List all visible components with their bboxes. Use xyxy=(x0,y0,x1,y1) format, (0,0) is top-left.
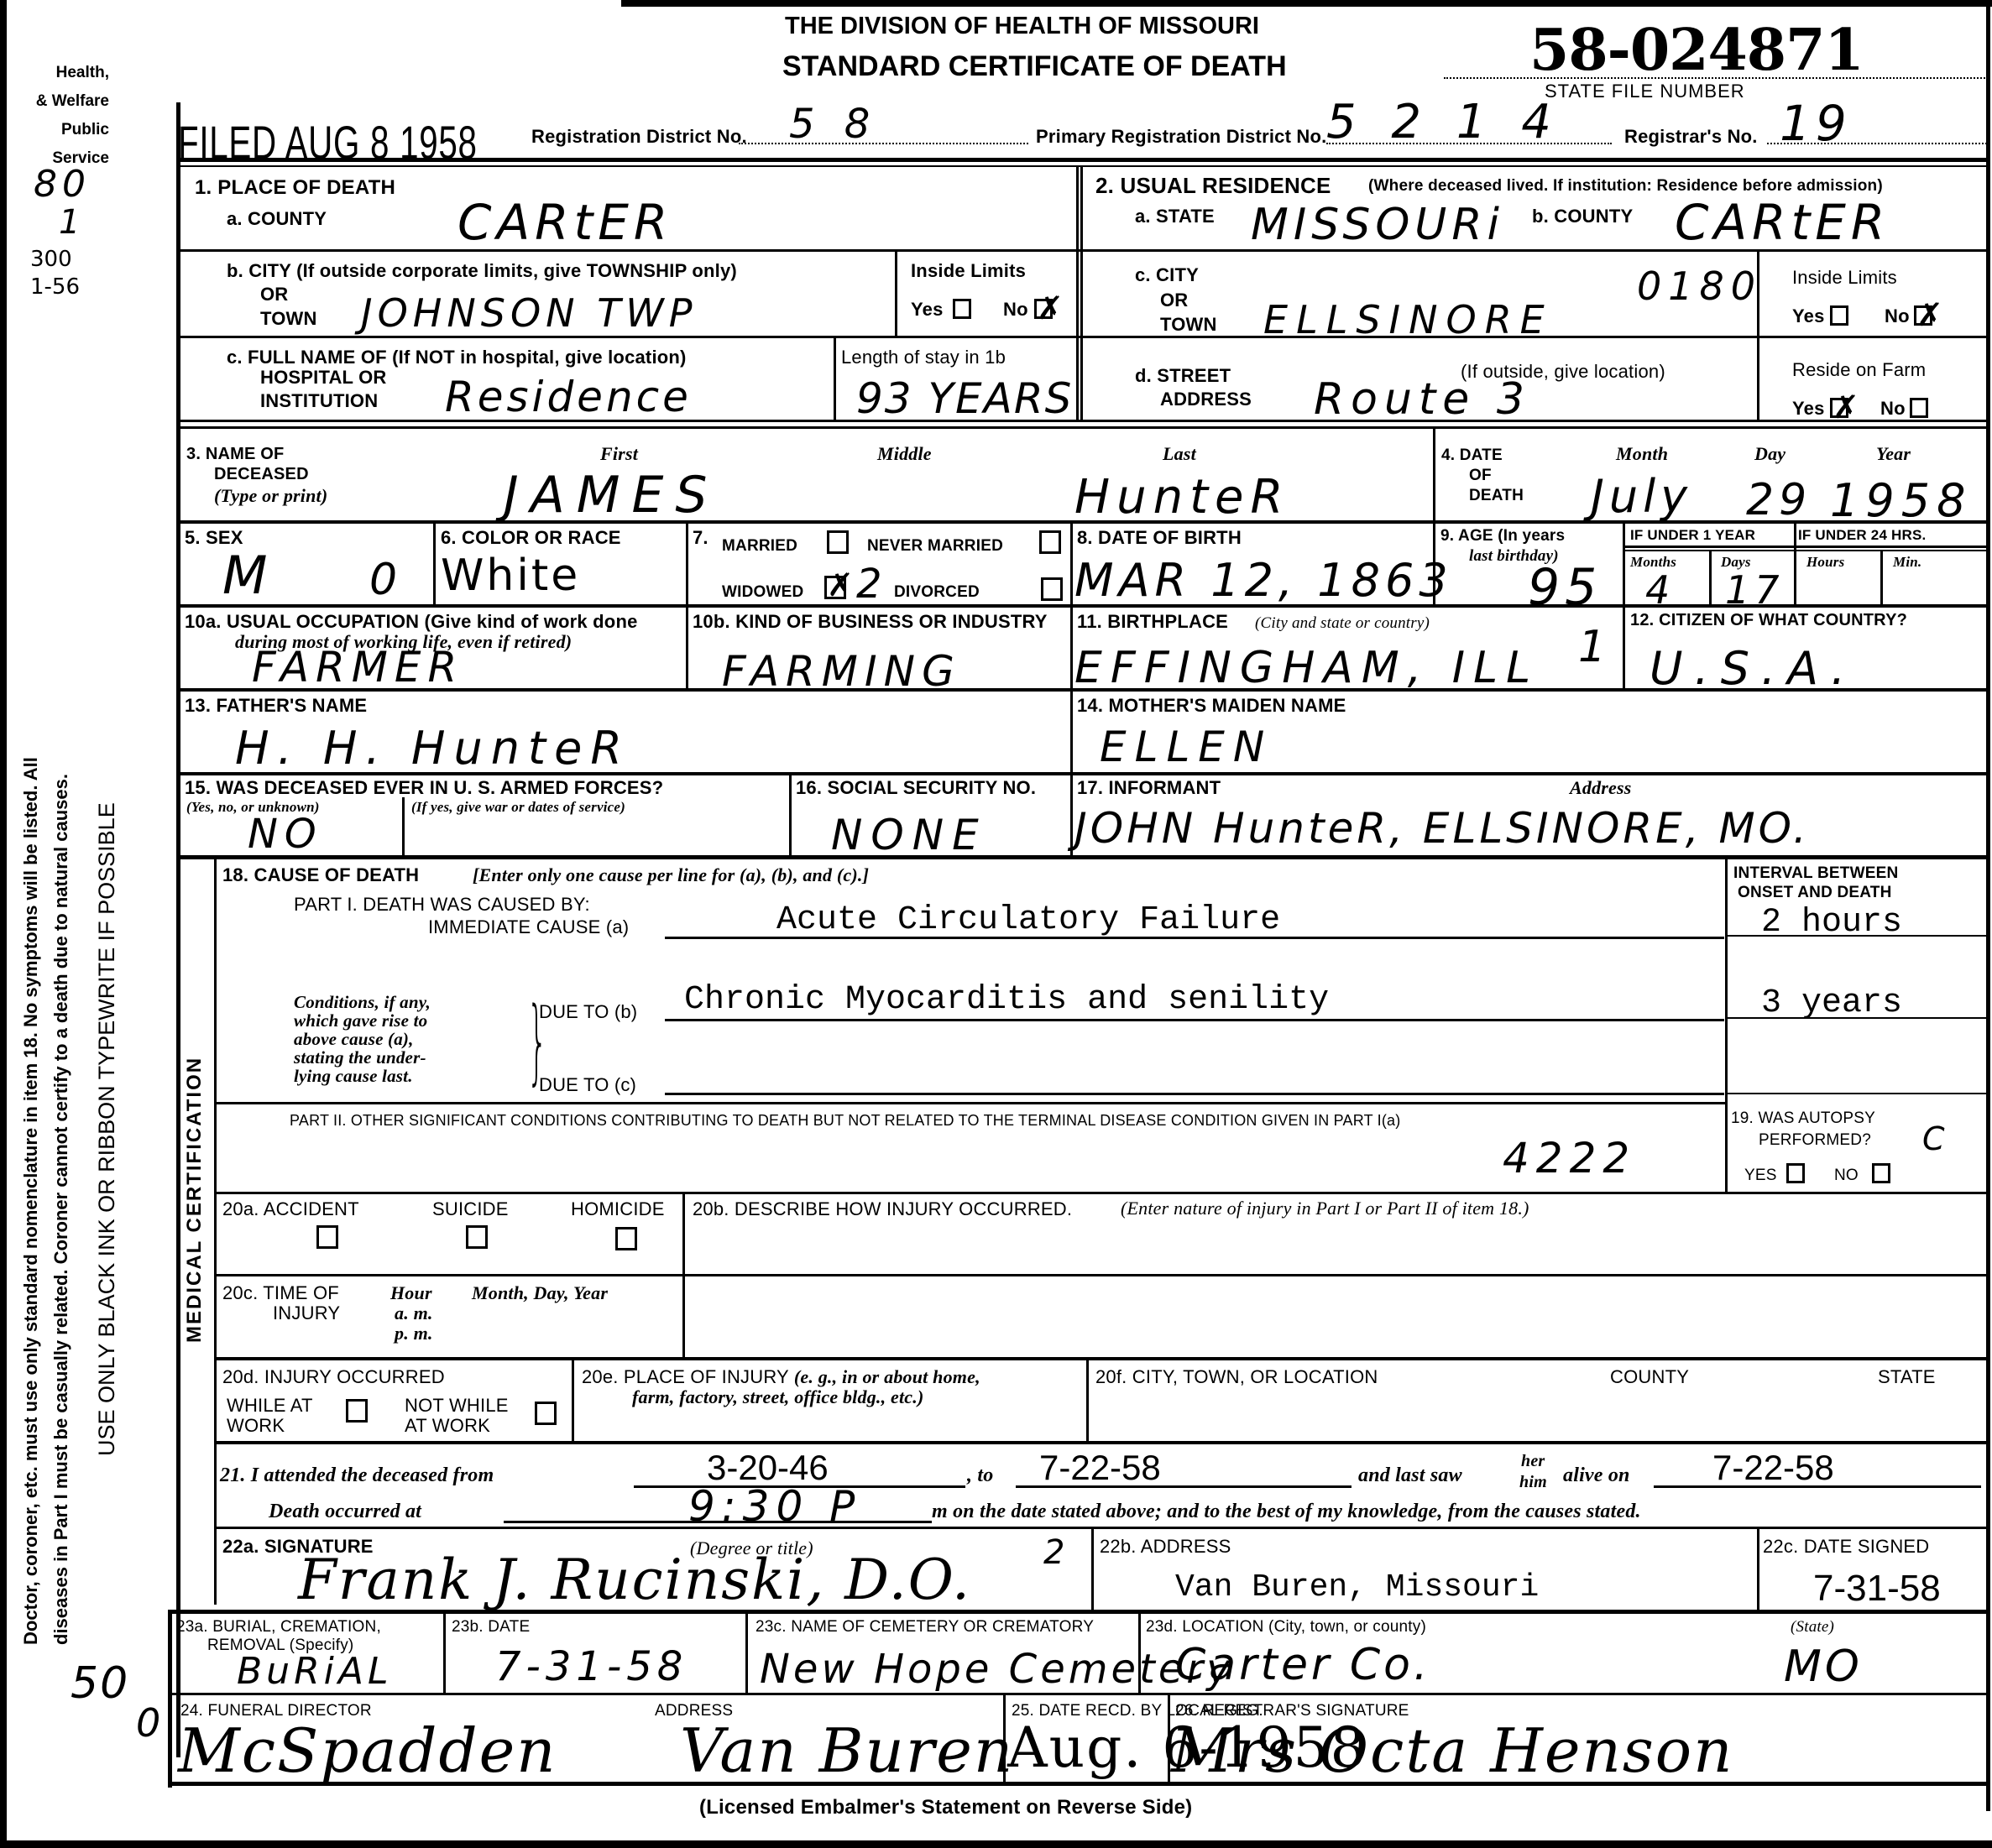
residence-city-code: 0180 xyxy=(1637,267,1762,305)
injury-location-label: 20f. CITY, TOWN, OR LOCATION xyxy=(1095,1366,1378,1387)
race-label: 6. COLOR OR RACE xyxy=(441,527,621,548)
conditions-note-line: above cause (a), xyxy=(294,1030,431,1048)
state-file-number-label: STATE FILE NUMBER xyxy=(1545,81,1745,102)
industry-value[interactable]: FARMING xyxy=(722,650,961,692)
registration-district-dotline xyxy=(739,143,1028,144)
am-label: a. m. xyxy=(395,1302,433,1323)
hour-label: Hour xyxy=(390,1282,432,1303)
hospital-label-3: INSTITUTION xyxy=(260,390,378,411)
death-day-label: Day xyxy=(1754,443,1785,464)
margin-line: Health, xyxy=(0,59,109,87)
date-signed-label: 22c. DATE SIGNED xyxy=(1763,1536,1929,1557)
place-of-injury-note-2: farm, factory, street, office bldg., etc… xyxy=(632,1386,923,1407)
age-label: 9. AGE (In years xyxy=(1440,527,1565,546)
conditions-note-line: lying cause last. xyxy=(294,1067,431,1085)
farm-yes-label: Yes xyxy=(1792,398,1825,419)
death-occurred-suffix: m on the date stated above; and to the b… xyxy=(932,1501,1641,1524)
widowed-checkbox[interactable] xyxy=(824,576,846,599)
mother-name-value[interactable]: ELLEN xyxy=(1100,726,1273,768)
reside-on-farm-label: Reside on Farm xyxy=(1792,359,1926,380)
street-value[interactable]: Route 3 xyxy=(1314,378,1531,421)
minutes-label: Min. xyxy=(1893,554,1921,571)
death-year-label: Year xyxy=(1876,443,1911,464)
interval-label-2: ONSET AND DEATH xyxy=(1738,884,1892,902)
last-name-label: Last xyxy=(1163,443,1196,464)
inside-limits-yes-checkbox[interactable] xyxy=(953,299,971,319)
state-file-number: 58-024871 xyxy=(1529,17,1864,84)
suicide-checkbox[interactable] xyxy=(466,1225,488,1249)
while-at-work-checkbox[interactable] xyxy=(346,1399,368,1423)
not-while-at-work-label: NOT WHILE xyxy=(405,1395,509,1416)
occupation-value[interactable]: FARMER xyxy=(252,646,463,688)
physician-signature[interactable]: Frank J. Rucinski, D.O. xyxy=(298,1553,971,1608)
race-value[interactable]: White xyxy=(441,554,580,598)
date-of-death-label-3: DEATH xyxy=(1469,487,1524,505)
residence-state-value[interactable]: MISSOURi xyxy=(1251,203,1504,247)
residence-city-or: OR xyxy=(1160,290,1188,311)
first-name-label: First xyxy=(600,443,638,464)
not-while-at-work-label-2: AT WORK xyxy=(405,1415,490,1436)
agency-title: THE DIVISION OF HEALTH OF MISSOURI xyxy=(785,13,1259,40)
date-of-birth-label: 8. DATE OF BIRTH xyxy=(1077,527,1242,548)
birthplace-note: (City and state or country) xyxy=(1255,614,1430,633)
form-number: 300 xyxy=(30,247,72,272)
citizen-value[interactable]: U.S.A. xyxy=(1650,646,1857,692)
time-of-injury-label-2: INJURY xyxy=(273,1302,340,1323)
injury-county-label: COUNTY xyxy=(1610,1366,1689,1387)
ssn-label: 16. SOCIAL SECURITY NO. xyxy=(796,777,1036,798)
inside-limits-no-checkbox[interactable] xyxy=(1034,299,1053,319)
conditions-note-line: Conditions, if any, xyxy=(294,993,431,1011)
attended-label: 21. I attended the deceased from xyxy=(220,1464,494,1488)
last-name-value[interactable]: HunteR xyxy=(1074,474,1289,521)
margin-handwritten-0: 0 xyxy=(136,1704,165,1742)
never-married-label: NEVER MARRIED xyxy=(867,537,1003,556)
injury-description-label: 20b. DESCRIBE HOW INJURY OCCURRED. xyxy=(693,1198,1072,1219)
residence-inside-no-checkbox[interactable] xyxy=(1914,305,1932,326)
registrar-number-value: 19 xyxy=(1780,99,1852,148)
city-town-label: TOWN xyxy=(260,308,317,329)
injury-state-label: STATE xyxy=(1878,1366,1936,1387)
burial-date-value[interactable]: 7-31-58 xyxy=(495,1647,688,1687)
cemetery-location-label: 23d. LOCATION (City, town, or county) xyxy=(1146,1618,1426,1637)
armed-forces-value[interactable]: NO xyxy=(248,814,323,854)
informant-value[interactable]: JOHN HunteR, ELLSINORE, MO. xyxy=(1074,807,1810,849)
injury-description-note: (Enter nature of injury in Part I or Par… xyxy=(1121,1198,1529,1219)
autopsy-code: C xyxy=(1922,1123,1950,1155)
pm-label: p. m. xyxy=(395,1323,433,1344)
autopsy-yes-label: YES xyxy=(1744,1167,1777,1185)
suicide-label: SUICIDE xyxy=(432,1198,509,1219)
divorced-label: DIVORCED xyxy=(894,583,980,602)
due-to-c-line xyxy=(665,1093,1724,1095)
length-of-stay-value[interactable]: 93 YEARS xyxy=(856,378,1073,420)
while-at-work-label-2: WORK xyxy=(227,1415,285,1436)
instruction-line-2: diseases in Part I must be casually rela… xyxy=(50,774,72,1645)
interval-b-value[interactable]: 3 years xyxy=(1761,987,1902,1021)
residence-inside-limits-label: Inside Limits xyxy=(1792,267,1897,288)
date-signed-value[interactable]: 7-31-58 xyxy=(1813,1568,1941,1610)
last-saw-label: and last saw xyxy=(1358,1464,1462,1488)
residence-inside-yes-label: Yes xyxy=(1792,305,1825,326)
margin-handwritten-80: 80 xyxy=(34,166,91,203)
sex-value[interactable]: M xyxy=(222,550,273,602)
immediate-cause-value[interactable]: Acute Circulatory Failure xyxy=(776,904,1280,937)
not-while-at-work-checkbox[interactable] xyxy=(535,1402,557,1425)
due-to-b-value[interactable]: Chronic Myocarditis and senility xyxy=(684,984,1329,1017)
name-label-3: (Type or print) xyxy=(214,485,327,506)
while-at-work-label: WHILE AT xyxy=(227,1395,313,1416)
instruction-line-3: USE ONLY BLACK INK OR RIBBON TYPEWRITE I… xyxy=(94,802,120,1456)
armed-forces-label: 15. WAS DECEASED EVER IN U. S. ARMED FOR… xyxy=(185,777,663,798)
autopsy-label-2: PERFORMED? xyxy=(1759,1131,1871,1150)
usual-residence-note: (Where deceased lived. If institution: R… xyxy=(1368,178,1977,195)
married-checkbox[interactable] xyxy=(827,530,849,554)
him-label: him xyxy=(1519,1473,1547,1492)
disposition-value[interactable]: BuRiAL xyxy=(237,1653,392,1690)
cause-of-death-note: [Enter only one cause per line for (a), … xyxy=(473,864,869,885)
margin-handwritten-1: 1 xyxy=(59,206,85,239)
city-value[interactable]: JOHNSON TWP xyxy=(361,294,698,332)
physician-address-label: 22b. ADDRESS xyxy=(1100,1536,1231,1557)
autopsy-yes-checkbox[interactable] xyxy=(1786,1163,1805,1183)
never-married-checkbox[interactable] xyxy=(1039,530,1061,554)
funeral-director-value[interactable]: McSpadden xyxy=(178,1720,557,1781)
attended-to-label: , to xyxy=(967,1464,993,1488)
industry-label: 10b. KIND OF BUSINESS OR INDUSTRY xyxy=(693,611,1048,632)
widowed-label: WIDOWED xyxy=(722,583,803,602)
date-of-death-label: 4. DATE xyxy=(1441,446,1503,465)
injury-description-field[interactable] xyxy=(688,1225,1981,1267)
homicide-label: HOMICIDE xyxy=(571,1198,665,1219)
due-to-b-line xyxy=(665,1019,1724,1021)
due-to-b-label: DUE TO (b) xyxy=(539,1001,637,1022)
medical-certification-side-label: MEDICAL CERTIFICATION xyxy=(183,1057,207,1343)
registration-district-value: 5 8 xyxy=(789,104,878,144)
place-of-injury-label: 20e. PLACE OF INJURY (e. g., in or about… xyxy=(582,1366,980,1387)
city-label: b. CITY (If outside corporate limits, gi… xyxy=(227,260,737,281)
file-number-dotline xyxy=(1444,77,1985,79)
residence-city-town: TOWN xyxy=(1160,314,1217,335)
cemetery-state-value[interactable]: MO xyxy=(1784,1645,1863,1689)
burial-date-label: 23b. DATE xyxy=(452,1618,530,1637)
injury-occurred-label: 20d. INJURY OCCURRED xyxy=(222,1366,445,1387)
hospital-label-2: HOSPITAL OR xyxy=(260,367,387,388)
marital-code: 2 xyxy=(856,564,887,604)
death-year-value[interactable]: 1958 xyxy=(1830,478,1972,524)
cemetery-value[interactable]: New Hope Cemetery xyxy=(760,1649,1234,1689)
hospital-label: c. FULL NAME OF (If NOT in hospital, giv… xyxy=(227,347,687,368)
embalmer-footer: (Licensed Embalmer's Statement on Revers… xyxy=(699,1796,1192,1819)
left-scan-edge xyxy=(0,0,7,1848)
form-title: STANDARD CERTIFICATE OF DEATH xyxy=(782,50,1287,83)
birthplace-value[interactable]: EFFINGHAM, ILL xyxy=(1074,646,1539,690)
name-label-2: DECEASED xyxy=(214,465,309,484)
conditions-note-line: which gave rise to xyxy=(294,1011,431,1030)
occupation-label-text: 10a. USUAL OCCUPATION (Give kind of work… xyxy=(185,611,638,632)
city-or-label: OR xyxy=(260,284,288,305)
physician-address-value[interactable]: Van Buren, Missouri xyxy=(1175,1572,1539,1604)
cause-of-death-label: 18. CAUSE OF DEATH xyxy=(222,864,419,885)
days-value[interactable]: 17 xyxy=(1725,571,1785,609)
autopsy-no-label: NO xyxy=(1834,1167,1859,1185)
county-label: a. COUNTY xyxy=(227,208,327,229)
residence-city-label: c. CITY xyxy=(1135,264,1199,285)
street-label: d. STREET xyxy=(1135,365,1231,386)
name-label: 3. NAME OF xyxy=(186,445,284,464)
married-label: MARRIED xyxy=(722,537,797,556)
death-occurred-label: Death occurred at xyxy=(269,1501,421,1524)
hours-label: Hours xyxy=(1806,554,1844,571)
death-time-value[interactable]: 9:30 P xyxy=(688,1485,861,1527)
cemetery-label: 23c. NAME OF CEMETERY OR CREMATORY xyxy=(755,1618,1094,1637)
middle-name-label: Middle xyxy=(877,443,932,464)
autopsy-label: 19. WAS AUTOPSY xyxy=(1731,1109,1875,1128)
informant-address-label: Address xyxy=(1570,777,1632,798)
street-label-2: ADDRESS xyxy=(1160,389,1252,410)
father-name-label: 13. FATHER'S NAME xyxy=(185,695,367,716)
marital-label: 7. xyxy=(693,527,708,548)
last-saw-value[interactable]: 7-22-58 xyxy=(1712,1448,1834,1488)
farm-yes-checkbox[interactable] xyxy=(1830,398,1848,418)
funeral-address-value[interactable]: Van Buren xyxy=(680,1720,1014,1781)
accident-label: 20a. ACCIDENT xyxy=(222,1198,359,1219)
length-of-stay-label: Length of stay in 1b xyxy=(841,347,1006,368)
part2-code: 4222 xyxy=(1503,1137,1636,1179)
farm-no-checkbox[interactable] xyxy=(1910,398,1928,418)
primary-district-label: Primary Registration District No. xyxy=(1036,126,1326,147)
conditions-note: Conditions, if any, which gave rise to a… xyxy=(294,993,431,1085)
place-of-death-label: 1. PLACE OF DEATH xyxy=(195,176,395,200)
instruction-line-1: Doctor, coroner, etc. must use only stan… xyxy=(20,757,42,1645)
residence-inside-no-label: No xyxy=(1885,305,1910,326)
interval-a-value[interactable]: 2 hours xyxy=(1761,906,1902,940)
margin-handwritten-50: 50 xyxy=(71,1662,129,1705)
mother-name-label: 14. MOTHER'S MAIDEN NAME xyxy=(1077,695,1346,716)
autopsy-no-checkbox[interactable] xyxy=(1872,1163,1890,1183)
registration-district-label: Registration District No. xyxy=(531,126,747,147)
occupation-label: 10a. USUAL OCCUPATION (Give kind of work… xyxy=(185,611,638,632)
informant-label: 17. INFORMANT xyxy=(1077,777,1221,798)
part1-label: PART I. DEATH WAS CAUSED BY: xyxy=(294,894,590,915)
margin-line: Public xyxy=(0,116,109,144)
sex-code: 0 xyxy=(369,558,402,602)
place-of-injury-note: (e. g., in or about home, xyxy=(794,1366,980,1387)
months-value[interactable]: 4 xyxy=(1645,571,1675,609)
date-of-death-label-2: OF xyxy=(1469,467,1492,485)
homicide-checkbox[interactable] xyxy=(615,1227,637,1250)
divorced-checkbox[interactable] xyxy=(1041,577,1063,601)
age-value[interactable]: 95 xyxy=(1528,562,1602,613)
armed-forces-sub-2: (If yes, give war or dates of service) xyxy=(411,799,625,816)
top-scan-edge xyxy=(621,0,1992,7)
alive-on-label: alive on xyxy=(1563,1464,1630,1488)
due-to-c-label: DUE TO (c) xyxy=(539,1074,636,1095)
under-24-hours-label: IF UNDER 24 HRS. xyxy=(1798,527,1926,544)
registrar-signature-value[interactable]: Mrs Octa Henson xyxy=(1171,1720,1734,1781)
residence-county-label: b. COUNTY xyxy=(1532,206,1633,227)
residence-state-label: a. STATE xyxy=(1135,206,1215,227)
ssn-value[interactable]: NONE xyxy=(831,814,987,856)
county-value[interactable]: CARtER xyxy=(457,198,672,247)
part2-label: PART II. OTHER SIGNIFICANT CONDITIONS CO… xyxy=(290,1112,1400,1130)
inside-limits-no-label: No xyxy=(1003,299,1028,320)
inside-limits-yes-label: Yes xyxy=(911,299,944,320)
interval-label: INTERVAL BETWEEN xyxy=(1733,864,1898,883)
accident-checkbox[interactable] xyxy=(316,1225,338,1249)
residence-county-value[interactable]: CARtER xyxy=(1675,198,1890,247)
date-of-birth-value[interactable]: MAR 12, 1863 xyxy=(1074,558,1453,603)
agency-fragment: Health, & Welfare Public Service xyxy=(0,59,109,173)
month-day-year-label: Month, Day, Year xyxy=(472,1282,608,1303)
usual-residence-label: 2. USUAL RESIDENCE xyxy=(1095,174,1331,199)
residence-inside-yes-checkbox[interactable] xyxy=(1830,305,1848,326)
first-name-value[interactable]: JAMES xyxy=(504,470,719,520)
her-label: her xyxy=(1521,1452,1545,1471)
death-month-value[interactable]: July xyxy=(1591,474,1692,519)
attended-to-value[interactable]: 7-22-58 xyxy=(1039,1448,1161,1488)
form-date: 1-56 xyxy=(30,274,80,300)
signature-code: 2 xyxy=(1043,1536,1069,1569)
farm-no-label: No xyxy=(1880,398,1906,419)
father-name-value[interactable]: H. H. HunteR xyxy=(235,726,630,771)
place-of-injury-label-text: 20e. PLACE OF INJURY xyxy=(582,1366,789,1387)
registrar-number-label: Registrar's No. xyxy=(1624,126,1758,147)
birthplace-code: 1 xyxy=(1578,625,1611,669)
cemetery-state-label: (State) xyxy=(1791,1618,1834,1637)
margin-line: & Welfare xyxy=(0,87,109,116)
birthplace-label: 11. BIRTHPLACE xyxy=(1077,611,1228,632)
cemetery-location-value[interactable]: Carter Co. xyxy=(1175,1643,1431,1687)
disposition-label: 23a. BURIAL, CREMATION, xyxy=(176,1618,381,1637)
citizen-label: 12. CITIZEN OF WHAT COUNTRY? xyxy=(1630,611,1907,630)
conditions-note-line: stating the under- xyxy=(294,1048,431,1067)
death-month-label: Month xyxy=(1616,443,1668,464)
residence-city-value[interactable]: ELLSINORE xyxy=(1263,300,1553,339)
hospital-value[interactable]: Residence xyxy=(445,376,692,418)
primary-district-value: 5 2 1 4 xyxy=(1326,99,1561,146)
under-1-year-label: IF UNDER 1 YEAR xyxy=(1630,527,1755,544)
inside-limits-label: Inside Limits xyxy=(911,260,1026,281)
time-of-injury-label: 20c. TIME OF xyxy=(222,1282,339,1303)
death-day-value[interactable]: 29 xyxy=(1746,478,1812,522)
immediate-cause-label: IMMEDIATE CAUSE (a) xyxy=(428,916,629,937)
